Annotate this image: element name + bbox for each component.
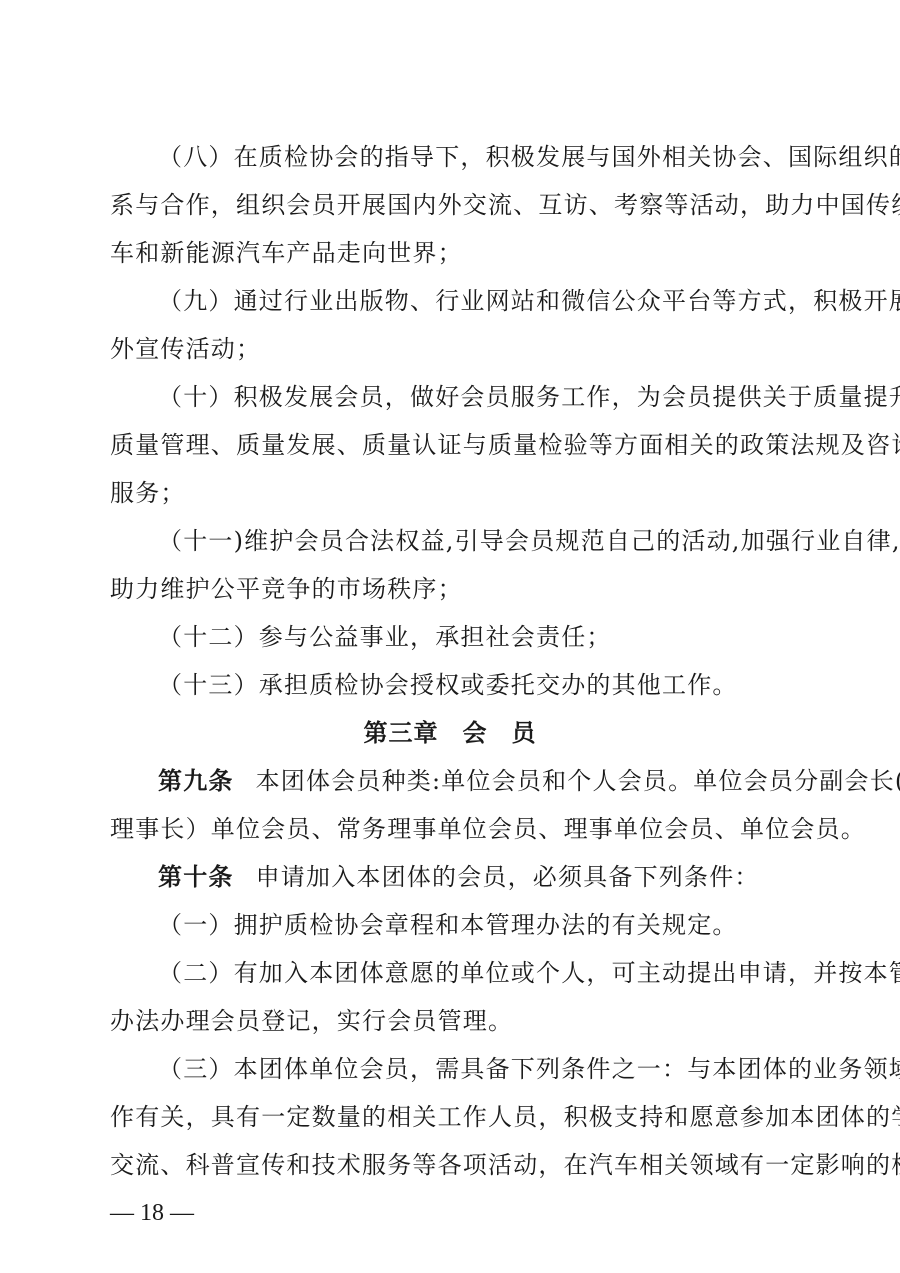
article-10-item-1-line-1: （一）拥护质检协会章程和本管理办法的有关规定。 xyxy=(158,910,738,940)
article-9-label: 第九条 xyxy=(158,767,234,795)
paragraph-11-line-1: （十一)维护会员合法权益,引导会员规范自己的活动,加强行业自律, xyxy=(158,526,900,556)
paragraph-9-line-1: （九）通过行业出版物、行业网站和微信公众平台等方式，积极开展对 xyxy=(158,286,900,316)
chapter-heading: 第三章会员 xyxy=(0,718,900,748)
article-10-item-2-line-1: （二）有加入本团体意愿的单位或个人，可主动提出申请，并按本管理 xyxy=(158,958,900,988)
paragraph-12-line-1: （十二）参与公益事业，承担社会责任； xyxy=(158,622,612,652)
paragraph-8-line-1: （八）在质检协会的指导下，积极发展与国外相关协会、国际组织的联 xyxy=(158,142,900,172)
article-10-item-3-line-1: （三）本团体单位会员，需具备下列条件之一：与本团体的业务领域工 xyxy=(158,1054,900,1084)
document-page: （八）在质检协会的指导下，积极发展与国外相关协会、国际组织的联 系与合作，组织会… xyxy=(0,0,900,1273)
paragraph-10-line-3: 服务； xyxy=(110,478,186,508)
paragraph-8-line-3: 车和新能源汽车产品走向世界； xyxy=(110,238,463,268)
paragraph-10-line-1: （十）积极发展会员，做好会员服务工作，为会员提供关于质量提升、 xyxy=(158,382,900,412)
paragraph-8-line-2: 系与合作，组织会员开展国内外交流、互访、考察等活动，助力中国传统汽 xyxy=(110,190,900,220)
chapter-title-char-1: 会 xyxy=(463,719,488,747)
article-10-item-2-line-2: 办法办理会员登记，实行会员管理。 xyxy=(110,1006,513,1036)
article-10-label: 第十条 xyxy=(158,863,234,891)
article-10-item-3-line-2: 作有关，具有一定数量的相关工作人员，积极支持和愿意参加本团体的学术 xyxy=(110,1102,900,1132)
article-9-line-2: 理事长）单位会员、常务理事单位会员、理事单位会员、单位会员。 xyxy=(110,814,866,844)
article-10-text: 申请加入本团体的会员，必须具备下列条件： xyxy=(256,863,760,891)
article-9-text: 本团体会员种类:单位会员和个人会员。单位会员分副会长(副 xyxy=(256,767,900,795)
article-9-line-1: 第九条本团体会员种类:单位会员和个人会员。单位会员分副会长(副 xyxy=(158,766,900,796)
article-10-item-3-line-3: 交流、科普宣传和技术服务等各项活动，在汽车相关领域有一定影响的检验 xyxy=(110,1150,900,1180)
chapter-title-char-2: 员 xyxy=(512,719,537,747)
paragraph-10-line-2: 质量管理、质量发展、质量认证与质量检验等方面相关的政策法规及咨询 xyxy=(110,430,900,460)
article-10-line-1: 第十条申请加入本团体的会员，必须具备下列条件： xyxy=(158,862,760,892)
page-number: — 18 — xyxy=(110,1198,194,1228)
paragraph-13-line-1: （十三）承担质检协会授权或委托交办的其他工作。 xyxy=(158,670,738,700)
paragraph-11-line-2: 助力维护公平竞争的市场秩序； xyxy=(110,574,463,604)
chapter-number: 第三章 xyxy=(364,719,439,747)
paragraph-9-line-2: 外宣传活动； xyxy=(110,334,261,364)
